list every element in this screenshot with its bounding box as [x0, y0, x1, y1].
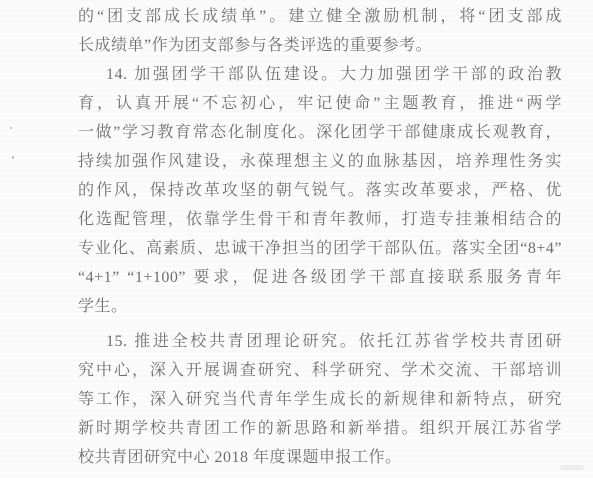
- text-line-item-15-start: 15. 推进全校共青团理论研究。依托江苏省学校共青团研: [78, 327, 562, 356]
- scanned-document-page: 的“团支部成长成绩单”。建立健全激励机制，将“团支部成 长成绩单”作为团支部参与…: [0, 0, 593, 478]
- text-line-item-14-start: 14. 加强团学干部队伍建设。大力加强团学干部的政治教: [78, 60, 562, 89]
- text-line: 化选配管理，依靠学生骨干和青年教师，打造专挂兼相结合的: [78, 205, 562, 234]
- scan-speck-artifact: [12, 156, 14, 159]
- text-line: 专业化、高素质、忠诚干净担当的团学干部队伍。落实全团“8+4”: [78, 234, 562, 263]
- text-line: “4+1” “1+100” 要求，促进各级团学干部直接联系服务青年: [78, 263, 562, 292]
- document-text-block: 的“团支部成长成绩单”。建立健全激励机制，将“团支部成 长成绩单”作为团支部参与…: [78, 2, 562, 472]
- scan-speck-artifact: [10, 127, 12, 129]
- text-line: 等工作，深入研究当代青年学生成长的新规律和新特点，研究: [78, 385, 562, 414]
- text-line: 学生。: [78, 292, 562, 321]
- scan-smudge-artifact: [560, 465, 584, 470]
- text-line: 一做”学习教育常态化制度化。深化团学干部健康成长观教育，: [78, 118, 562, 147]
- text-line: 的“团支部成长成绩单”。建立健全激励机制，将“团支部成: [78, 2, 562, 31]
- text-line: 的作风，保持改革攻坚的朝气锐气。落实改革要求，严格、优: [78, 176, 562, 205]
- text-line: 长成绩单”作为团支部参与各类评选的重要参考。: [78, 31, 562, 60]
- text-line: 育，认真开展“不忘初心，牢记使命”主题教育，推进“两学: [78, 89, 562, 118]
- text-line: 新时期学校共青团工作的新思路和新举措。组织开展江苏省学: [78, 414, 562, 443]
- text-line: 校共青团研究中心 2018 年度课题申报工作。: [78, 443, 562, 472]
- text-line: 究中心，深入开展调查研究、科学研究、学术交流、干部培训: [78, 356, 562, 385]
- text-line: 持续加强作风建设，永葆理想主义的血脉基因，培养理性务实: [78, 147, 562, 176]
